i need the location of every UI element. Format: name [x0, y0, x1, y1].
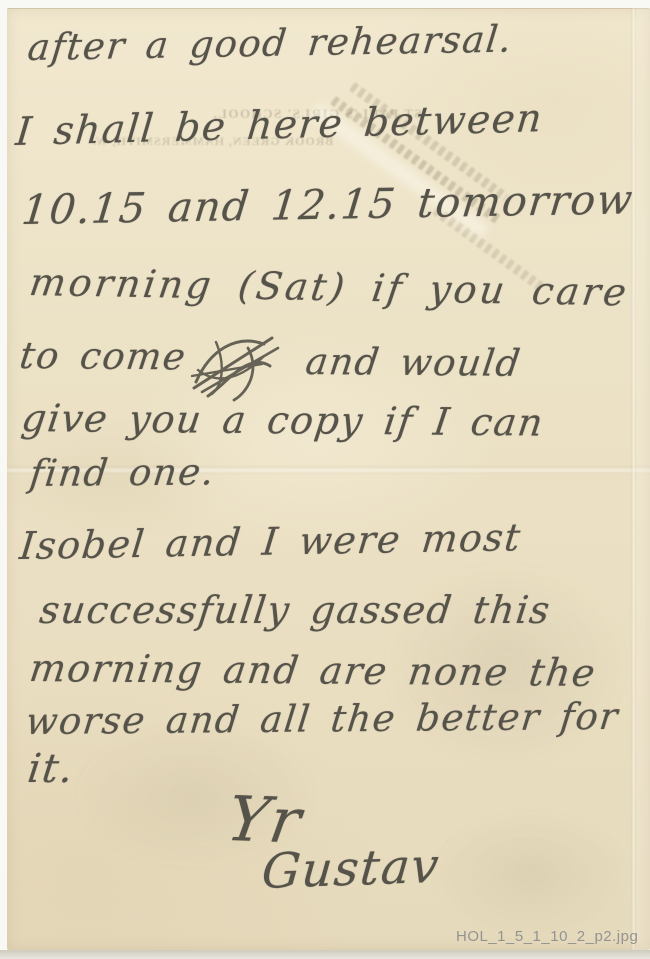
handwritten-line: successfully gassed this	[37, 588, 553, 632]
page-bottom-edge	[0, 950, 650, 959]
handwritten-line-fragment: and would	[303, 340, 524, 385]
handwritten-line: it.	[25, 746, 77, 792]
paper-edge-strip	[636, 8, 650, 950]
scribbled-out-word	[186, 322, 298, 404]
archive-filename-watermark: HOL_1_5_1_10_2_p2.jpg	[456, 928, 638, 945]
signature-name: Gustav	[260, 838, 443, 900]
handwritten-line-fragment: to come	[17, 334, 189, 378]
scanned-letter-page: ST PAUL'S GIRLS' SCHOOL, BROOK GREEN, HA…	[0, 0, 650, 959]
handwritten-line: give you a copy if I can	[19, 396, 547, 445]
handwritten-line: Isobel and I were most	[18, 515, 524, 568]
handwritten-line: worse and all the better for	[24, 695, 622, 743]
handwritten-line: morning and are none the	[27, 646, 599, 695]
bleedthrough-smudge	[430, 810, 630, 940]
vertical-fold-crease	[631, 8, 636, 950]
handwritten-line: find one.	[28, 450, 218, 495]
handwritten-line: after a good rehearsal.	[26, 17, 515, 69]
